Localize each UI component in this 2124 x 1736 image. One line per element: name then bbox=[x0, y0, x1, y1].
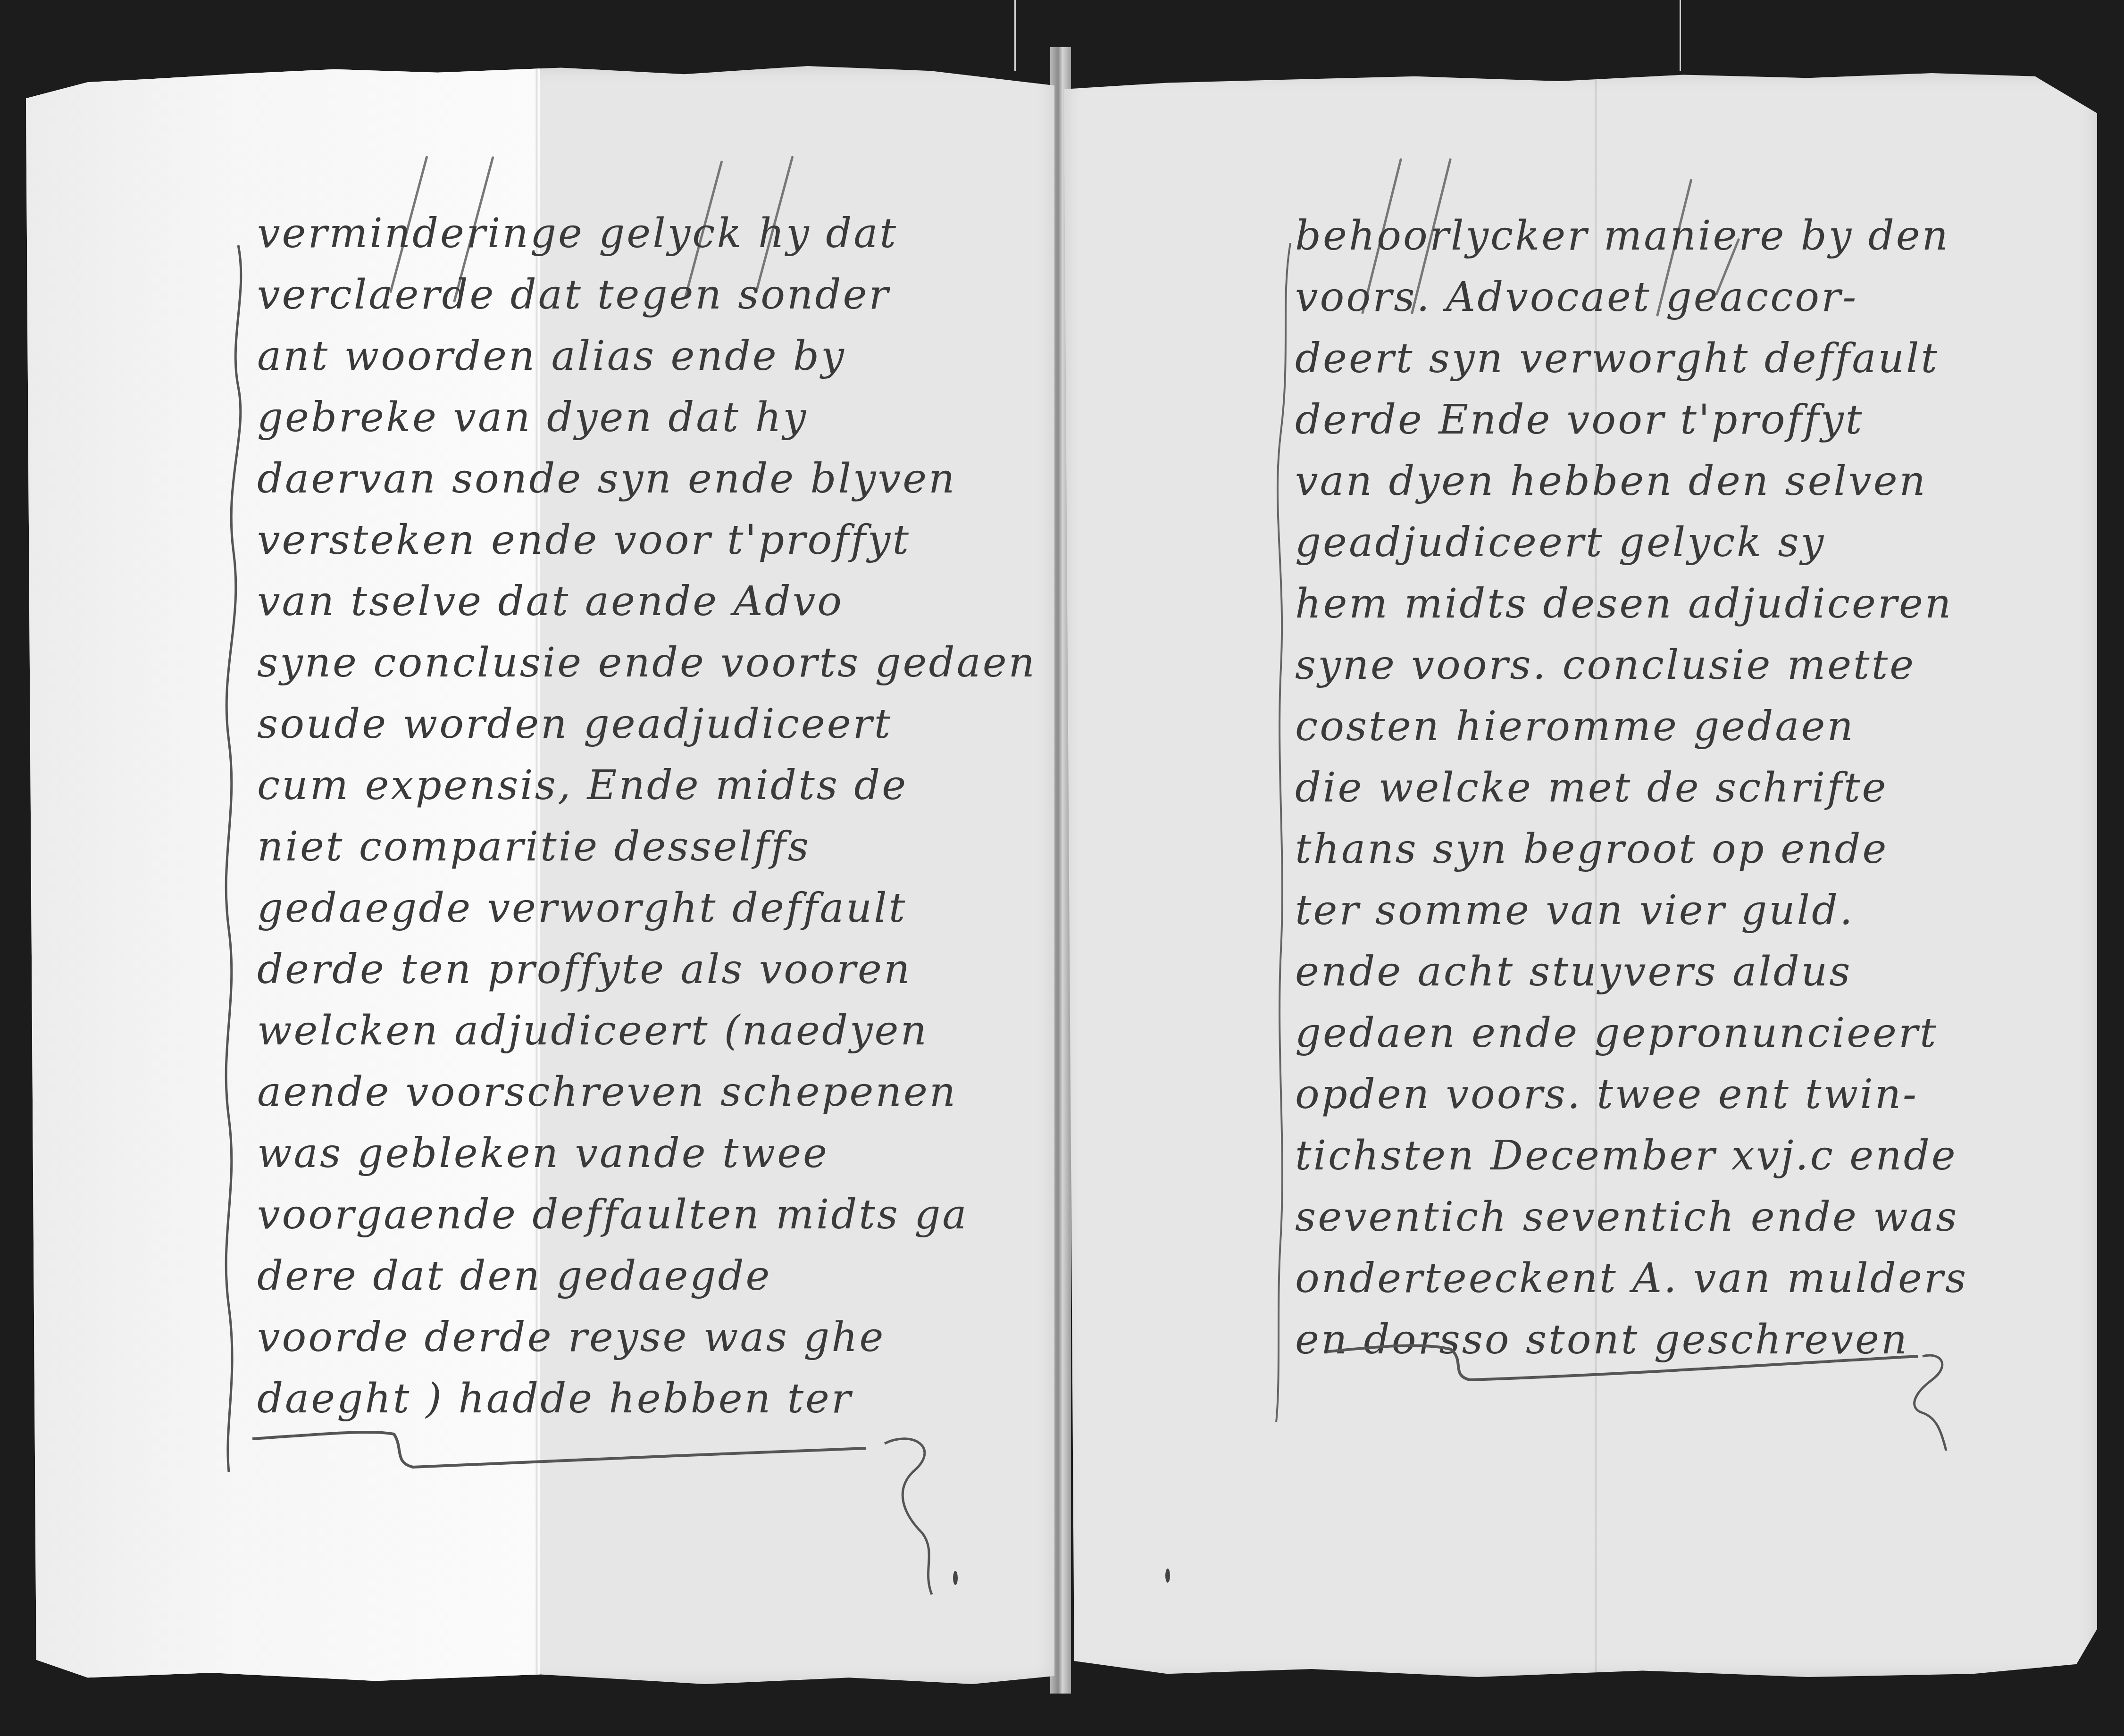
manuscript-line: gedaegde verworght deffault bbox=[257, 877, 1037, 939]
manuscript-line: opden voors. twee ent twin- bbox=[1295, 1064, 1968, 1125]
manuscript-line: van dyen hebben den selven bbox=[1295, 451, 1968, 512]
manuscript-line: gedaen ende gepronuncieert bbox=[1295, 1002, 1968, 1064]
manuscript-line: niet comparitie desselffs bbox=[257, 816, 1037, 877]
manuscript-line: costen hieromme gedaen bbox=[1295, 696, 1968, 757]
manuscript-line: geadjudiceert gelyck sy bbox=[1295, 512, 1968, 573]
manuscript-line: welcken adjudiceert (naedyen bbox=[257, 1000, 1037, 1061]
closing-flourish bbox=[1328, 1337, 2036, 1479]
manuscript-line: deert syn verworght deffault bbox=[1295, 328, 1968, 389]
manuscript-line: derde Ende voor t'proffyt bbox=[1295, 389, 1968, 451]
binding-thread bbox=[1680, 0, 1681, 71]
manuscript-line: ant woorden alias ende by bbox=[257, 325, 1037, 387]
manuscript-line: soude worden geadjudiceert bbox=[257, 693, 1037, 755]
manuscript-line: verminderinge gelyck hy dat bbox=[257, 203, 1037, 264]
binding-thread bbox=[1014, 0, 1016, 71]
manuscript-line: aende voorschreven schepenen bbox=[257, 1061, 1037, 1123]
ink-mark bbox=[953, 1571, 958, 1585]
manuscript-line: tichsten December xvj.c ende bbox=[1295, 1125, 1968, 1186]
right-page: behoorlycker maniere by den voors. Advoc… bbox=[1064, 73, 2097, 1677]
manuscript-line: was gebleken vande twee bbox=[257, 1123, 1037, 1184]
manuscript-line: versteken ende voor t'proffyt bbox=[257, 509, 1037, 571]
ink-mark bbox=[1165, 1569, 1170, 1583]
manuscript-line: daervan sonde syn ende blyven bbox=[257, 448, 1037, 509]
manuscript-scan: verminderinge gelyck hy dat verclaerde d… bbox=[0, 0, 2124, 1736]
manuscript-line: syne conclusie ende voorts gedaen bbox=[257, 632, 1037, 693]
left-page: verminderinge gelyck hy dat verclaerde d… bbox=[26, 66, 1054, 1684]
manuscript-line: behoorlycker maniere by den bbox=[1295, 205, 1968, 267]
manuscript-line: seventich seventich ende was bbox=[1295, 1186, 1968, 1248]
manuscript-line: voorde derde reyse was ghe bbox=[257, 1307, 1037, 1368]
manuscript-line: syne voors. conclusie mette bbox=[1295, 634, 1968, 696]
manuscript-line: voors. Advocaet geaccor- bbox=[1295, 267, 1968, 328]
manuscript-line: cum expensis, Ende midts de bbox=[257, 755, 1037, 816]
closing-flourish bbox=[252, 1420, 1054, 1609]
manuscript-line: verclaerde dat tegen sonder bbox=[257, 264, 1037, 325]
manuscript-line: voorgaende deffaulten midts ga bbox=[257, 1184, 1037, 1245]
manuscript-line: die welcke met de schrifte bbox=[1295, 757, 1968, 818]
manuscript-line: onderteeckent A. van mulders bbox=[1295, 1248, 1968, 1309]
manuscript-line: gebreke van dyen dat hy bbox=[257, 387, 1037, 448]
manuscript-line: hem midts desen adjudiceren bbox=[1295, 573, 1968, 634]
manuscript-line: derde ten proffyte als vooren bbox=[257, 939, 1037, 1000]
manuscript-line: ter somme van vier guld. bbox=[1295, 880, 1968, 941]
manuscript-line: dere dat den gedaegde bbox=[257, 1245, 1037, 1307]
manuscript-line: van tselve dat aende Advo bbox=[257, 571, 1037, 632]
right-page-text: behoorlycker maniere by den voors. Advoc… bbox=[1295, 205, 1968, 1370]
left-page-text: verminderinge gelyck hy dat verclaerde d… bbox=[257, 203, 1037, 1429]
manuscript-line: thans syn begroot op ende bbox=[1295, 818, 1968, 880]
manuscript-line: ende acht stuyvers aldus bbox=[1295, 941, 1968, 1002]
